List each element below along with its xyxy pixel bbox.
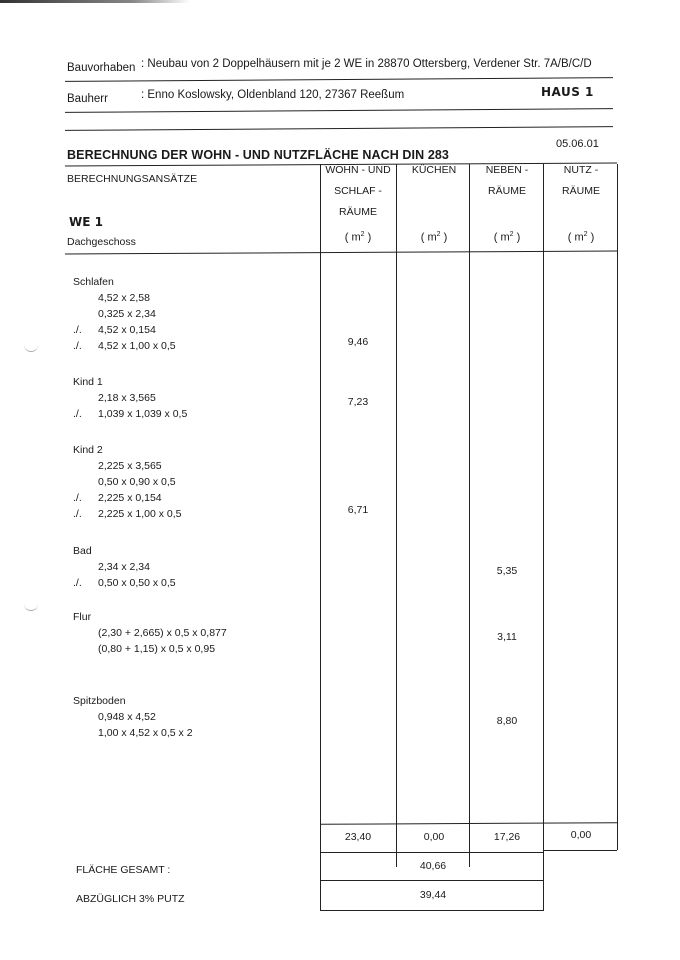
calculation-expression: 0,948 x 4,52: [98, 711, 156, 723]
calculation-expression: (2,30 + 2,665) x 0,5 x 0,877: [98, 627, 227, 639]
room-name: Kind 1: [73, 376, 103, 388]
calculation-expression: 0,325 x 2,34: [98, 308, 156, 320]
calculation-basis-header: BERECHNUNGSANSÄTZE: [67, 173, 197, 185]
sum-bottom-border: [320, 910, 543, 911]
plaster-deduction-value: 39,44: [396, 889, 470, 901]
column-unit: ( m2 ): [470, 231, 544, 244]
column-total: 0,00: [397, 831, 471, 843]
calculation-expression: 2,225 x 0,154: [98, 492, 162, 504]
room-name: Spitzboden: [73, 695, 126, 707]
client-value: : Enno Koslowsky, Oldenbland 120, 27367 …: [141, 89, 404, 101]
punch-hole-mark: [24, 604, 38, 611]
calculation-expression: 4,52 x 0,154: [98, 324, 156, 336]
calculation-expression: 1,00 x 4,52 x 0,5 x 2: [98, 727, 193, 739]
divider: [65, 108, 613, 113]
column-total: 17,26: [470, 831, 544, 843]
client-label: Bauherr: [67, 93, 108, 105]
deduction-marker: ./.: [73, 492, 82, 504]
room-area-value: 3,11: [470, 631, 544, 643]
totals-bottom-border: [320, 852, 543, 853]
room-area-value: 6,71: [321, 504, 395, 516]
document-date: 05.06.01: [556, 138, 599, 150]
room-name: Bad: [73, 545, 92, 557]
handwritten-house-note: HAUS 1: [541, 85, 594, 99]
column-header-line: RÄUME: [470, 181, 544, 201]
deduction-marker: ./.: [73, 340, 82, 352]
total-area-value: 40,66: [396, 860, 470, 872]
table-header-border: [65, 251, 617, 255]
deduction-marker: ./.: [73, 577, 82, 589]
column-header-line: NEBEN -: [470, 160, 544, 180]
scan-artifact: [0, 0, 190, 3]
deduction-marker: ./.: [73, 324, 82, 336]
deduction-marker: ./.: [73, 408, 82, 420]
project-label: Bauvorhaben: [67, 62, 135, 74]
column-border: [320, 164, 321, 911]
column-border: [469, 164, 470, 867]
divider: [65, 126, 613, 131]
sum-divider: [320, 880, 543, 881]
column-header-line: KÜCHEN: [397, 160, 471, 180]
plaster-deduction-label: ABZÜGLICH 3% PUTZ: [76, 893, 185, 905]
calculation-expression: 2,18 x 3,565: [98, 392, 156, 404]
total-area-label: FLÄCHE GESAMT :: [76, 864, 170, 876]
column-unit: ( m2 ): [321, 231, 395, 244]
punch-hole-mark: [24, 345, 38, 352]
calculation-expression: 4,52 x 2,58: [98, 292, 150, 304]
column-border: [543, 164, 544, 911]
column-header-line: NUTZ -: [544, 160, 618, 180]
project-value: : Neubau von 2 Doppelhäusern mit je 2 WE…: [141, 58, 592, 70]
column-total: 0,00: [544, 829, 618, 841]
column-header-line: RÄUME: [544, 181, 618, 201]
calculation-expression: 2,225 x 1,00 x 0,5: [98, 508, 181, 520]
room-area-value: 9,46: [321, 336, 395, 348]
room-area-value: 8,80: [470, 715, 544, 727]
room-name: Flur: [73, 611, 91, 623]
calculation-expression: 1,039 x 1,039 x 0,5: [98, 408, 187, 420]
floor-label: Dachgeschoss: [67, 236, 136, 248]
column-border: [396, 164, 397, 867]
column-unit: ( m2 ): [397, 231, 471, 244]
column-header-line: RÄUME: [321, 202, 395, 222]
divider: [65, 77, 613, 82]
totals-bottom-border: [543, 850, 617, 851]
calculation-expression: 2,34 x 2,34: [98, 561, 150, 573]
column-header-line: WOHN - UND: [321, 160, 395, 180]
calculation-expression: 0,50 x 0,50 x 0,5: [98, 577, 176, 589]
calculation-expression: 4,52 x 1,00 x 0,5: [98, 340, 176, 352]
column-unit: ( m2 ): [544, 231, 618, 244]
calculation-expression: 2,225 x 3,565: [98, 460, 162, 472]
room-name: Schlafen: [73, 276, 114, 288]
calculation-expression: (0,80 + 1,15) x 0,5 x 0,95: [98, 643, 215, 655]
room-area-value: 7,23: [321, 396, 395, 408]
room-area-value: 5,35: [470, 565, 544, 577]
column-header-line: SCHLAF -: [321, 181, 395, 201]
room-name: Kind 2: [73, 444, 103, 456]
unit-label: WE 1: [69, 215, 103, 229]
calculation-expression: 0,50 x 0,90 x 0,5: [98, 476, 176, 488]
deduction-marker: ./.: [73, 508, 82, 520]
column-total: 23,40: [321, 831, 395, 843]
column-border: [617, 164, 618, 850]
